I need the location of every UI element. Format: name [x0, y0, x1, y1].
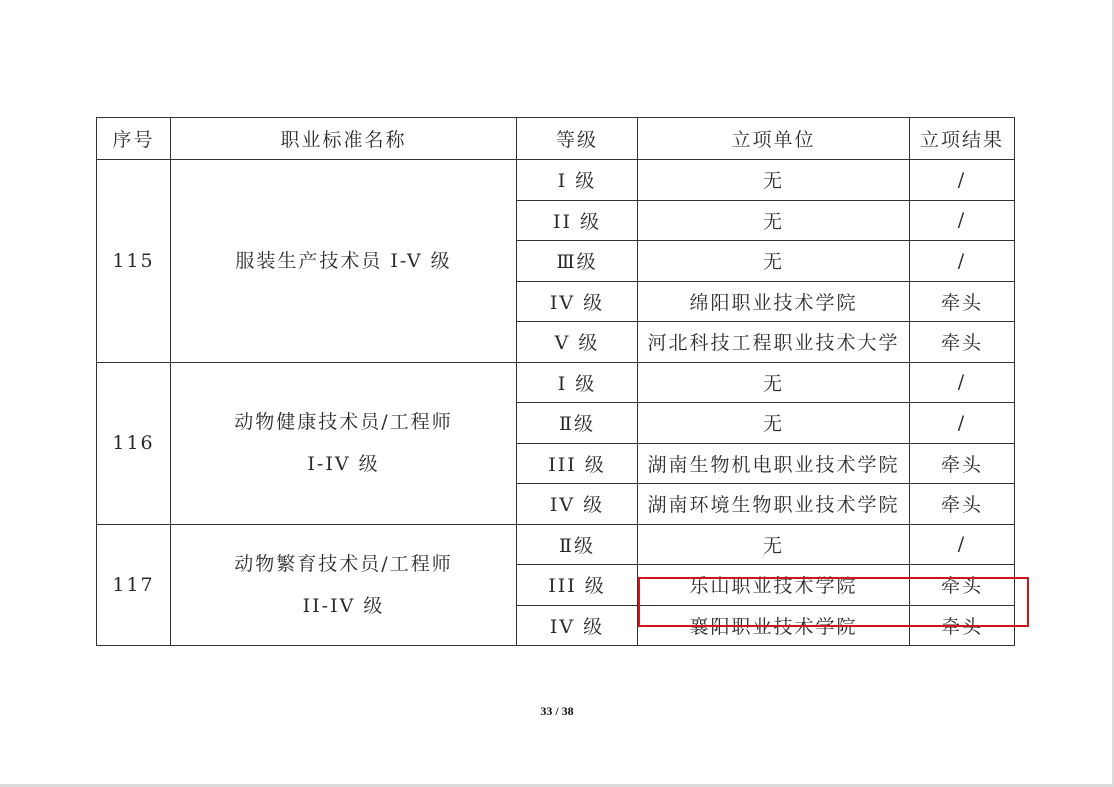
table-header-row: 序号 职业标准名称 等级 立项单位 立项结果: [97, 118, 1015, 160]
result-cell: /: [910, 200, 1015, 241]
result-cell: 牵头: [910, 484, 1015, 525]
result-cell: /: [910, 241, 1015, 282]
standard-name-line: 动物健康技术员/工程师: [171, 401, 516, 443]
document-page: 序号 职业标准名称 等级 立项单位 立项结果 115 服装生产技术员 I-V 级…: [0, 0, 1112, 784]
header-level: 等级: [517, 118, 638, 160]
occupational-standards-table: 序号 职业标准名称 等级 立项单位 立项结果 115 服装生产技术员 I-V 级…: [96, 117, 1015, 646]
header-no: 序号: [97, 118, 171, 160]
level-cell: IV 级: [517, 605, 638, 646]
unit-cell: 湖南生物机电职业技术学院: [638, 443, 910, 484]
level-cell: I 级: [517, 362, 638, 403]
result-cell: /: [910, 524, 1015, 565]
header-standard-name: 职业标准名称: [171, 118, 517, 160]
unit-cell: 无: [638, 241, 910, 282]
standard-name-line: 动物繁育技术员/工程师: [171, 543, 516, 585]
standard-name-line: I-IV 级: [171, 443, 516, 485]
row-no: 116: [97, 362, 171, 524]
level-cell: IV 级: [517, 281, 638, 322]
standard-name: 动物繁育技术员/工程师 II-IV 级: [171, 524, 517, 646]
row-no: 117: [97, 524, 171, 646]
page-number: 33 / 38: [0, 704, 1114, 719]
table-row: 117 动物繁育技术员/工程师 II-IV 级 Ⅱ级 无 /: [97, 524, 1015, 565]
level-cell: V 级: [517, 322, 638, 363]
level-cell: III 级: [517, 565, 638, 606]
level-cell: IV 级: [517, 484, 638, 525]
unit-cell: 无: [638, 362, 910, 403]
result-cell: 牵头: [910, 322, 1015, 363]
standard-name-line: 服装生产技术员 I-V 级: [171, 240, 516, 282]
header-unit: 立项单位: [638, 118, 910, 160]
level-cell: Ⅱ级: [517, 524, 638, 565]
standard-name: 服装生产技术员 I-V 级: [171, 160, 517, 363]
result-cell: 牵头: [910, 281, 1015, 322]
unit-cell: 无: [638, 524, 910, 565]
unit-cell: 绵阳职业技术学院: [638, 281, 910, 322]
table-row: 115 服装生产技术员 I-V 级 I 级 无 /: [97, 160, 1015, 201]
unit-cell: 湖南环境生物职业技术学院: [638, 484, 910, 525]
result-cell: /: [910, 403, 1015, 444]
unit-cell: 河北科技工程职业技术大学: [638, 322, 910, 363]
result-cell: /: [910, 362, 1015, 403]
result-cell: /: [910, 160, 1015, 201]
red-highlight-box: [638, 577, 1029, 627]
standard-name-line: II-IV 级: [171, 585, 516, 627]
level-cell: II 级: [517, 200, 638, 241]
level-cell: III 级: [517, 443, 638, 484]
header-result: 立项结果: [910, 118, 1015, 160]
unit-cell: 无: [638, 200, 910, 241]
unit-cell: 无: [638, 403, 910, 444]
result-cell: 牵头: [910, 443, 1015, 484]
standard-name: 动物健康技术员/工程师 I-IV 级: [171, 362, 517, 524]
table-row: 116 动物健康技术员/工程师 I-IV 级 I 级 无 /: [97, 362, 1015, 403]
level-cell: Ⅱ级: [517, 403, 638, 444]
level-cell: I 级: [517, 160, 638, 201]
row-no: 115: [97, 160, 171, 363]
level-cell: Ⅲ级: [517, 241, 638, 282]
unit-cell: 无: [638, 160, 910, 201]
